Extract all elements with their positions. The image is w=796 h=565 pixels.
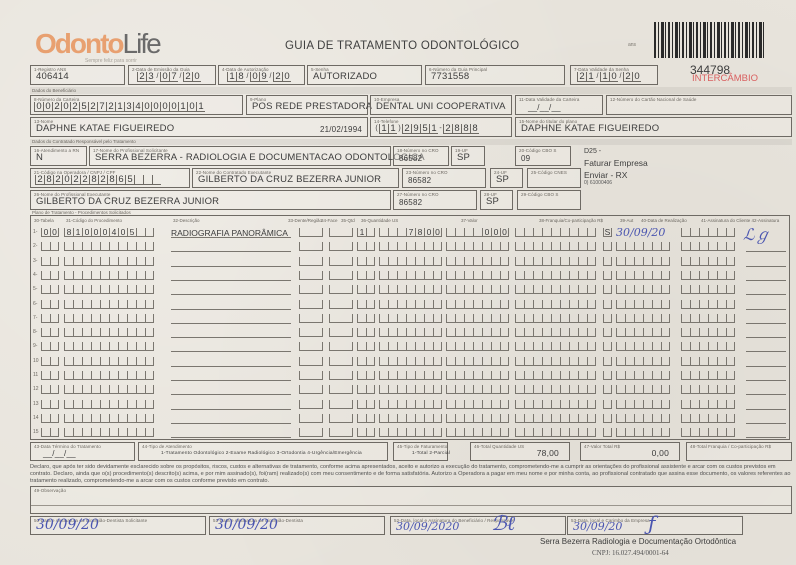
row-number: 6-	[33, 301, 37, 307]
row-number: 11	[33, 372, 38, 378]
signature-line[interactable]	[746, 300, 786, 310]
header-tabela: 30-Tabela	[34, 218, 54, 223]
uf-1-field[interactable]: 19-UF SP	[451, 146, 485, 166]
row-number: 4-	[33, 272, 37, 278]
field-label: 29-Código CBO S	[521, 192, 559, 197]
total-us-field[interactable]: 46-Total Quantidade US 78,00	[470, 442, 570, 461]
row-number: 10	[33, 358, 39, 364]
field-value: 86582	[399, 198, 422, 207]
field-value: DAPHNE KATAE FIGUEIREDO	[36, 123, 174, 134]
procedures-table: 30-Tabela 31-Código do Procedimento 32-D…	[30, 215, 790, 440]
signature-line[interactable]	[746, 257, 786, 267]
aut-cells[interactable]: S	[603, 228, 612, 237]
data-validade-carteira-field[interactable]: 11-Data Validade da Carteira __/__/__	[515, 95, 603, 115]
descricao-line[interactable]	[171, 385, 291, 395]
field-value: 0,00	[652, 448, 669, 458]
field-label: 49-Observação	[34, 488, 66, 493]
digit-boxes: 18/09/20	[227, 72, 291, 82]
signature-line[interactable]	[746, 371, 786, 381]
table-row[interactable]: 7-	[31, 312, 789, 325]
signature-line[interactable]	[746, 357, 786, 367]
dente-cells[interactable]	[299, 228, 323, 237]
section-beneficiario: Dados do Beneficiário	[32, 88, 76, 93]
table-row[interactable]: 10	[31, 355, 789, 368]
numero-cro-3-field[interactable]: 27-Número no CRO 86582	[393, 190, 477, 210]
table-row[interactable]: 5-	[31, 283, 789, 296]
descricao-line[interactable]	[171, 400, 291, 410]
telefone-field[interactable]: 14-Telefone (11)2951-2888	[370, 117, 512, 137]
table-row[interactable]: 8-	[31, 326, 789, 339]
header-dente: 33-Dente/Região	[288, 218, 322, 223]
data-validade-senha-field[interactable]: 7-Data Validade da Senha 21/10/20	[570, 65, 658, 85]
senha-field[interactable]: 5-Senha AUTORIZADO	[307, 65, 422, 85]
field-value: 406414	[36, 71, 69, 82]
table-row[interactable]: 4-	[31, 269, 789, 282]
tipo-atendimento-field[interactable]: 44-Tipo de Atendimento 1-Tratamento Odon…	[138, 442, 388, 461]
franquia-cells[interactable]	[515, 228, 596, 237]
section-contratado: Dados do Contratado Responsável pelo Tra…	[32, 139, 136, 144]
section-band	[30, 87, 792, 94]
field-label: 23-Número no CRO	[406, 170, 448, 175]
intercambio-badge: INTERCÂMBIO	[692, 73, 758, 84]
logo-main: Odonto	[35, 28, 123, 59]
header-face: 34-Face	[321, 218, 338, 223]
descricao-line[interactable]	[171, 342, 291, 352]
field-value: __/__/__	[528, 103, 561, 112]
signature-line[interactable]	[746, 414, 786, 424]
row-number: 3-	[33, 258, 37, 264]
handwritten-date: 30/09/20	[36, 517, 99, 533]
field-value: 7731558	[431, 71, 469, 82]
section-band	[30, 139, 792, 145]
signature-line[interactable]	[746, 385, 786, 395]
digit-boxes: 21/10/20	[577, 72, 641, 82]
numero-cro-1-field[interactable]: 18-Número no CRO 86582	[393, 146, 449, 166]
row-number: 13	[33, 401, 39, 407]
field-value: GILBERTO DA CRUZ BEZERRA JUNIOR	[36, 196, 219, 207]
field-value: AUTORIZADO	[313, 71, 377, 82]
uf-3-field[interactable]: 28-UF SP	[480, 190, 513, 210]
row-number: 15	[33, 429, 39, 435]
descricao-line[interactable]	[171, 257, 291, 267]
signature-line[interactable]	[746, 342, 786, 352]
empresa-signature: ƒ	[648, 511, 655, 535]
digit-boxes: 0020252721340000101	[34, 102, 205, 112]
profissional-executante-field[interactable]: 26-Nome do Profissional Executante GILBE…	[30, 190, 391, 210]
signature-solicitante-field[interactable]: 50-Data e Assinatura do Cirurgião-Dentis…	[30, 516, 206, 535]
field-value: 86582	[399, 154, 422, 163]
table-row[interactable]: 15	[31, 426, 789, 439]
table-row[interactable]: 1- 00 81000405 RADIOGRAFIA PANORÂMICA 1 …	[31, 226, 789, 239]
table-row[interactable]: 3-	[31, 255, 789, 268]
logo-sub: Life	[123, 28, 160, 59]
field-value: 86582	[408, 176, 431, 185]
row-number: 5-	[33, 286, 37, 292]
signature-line[interactable]	[746, 314, 786, 324]
digit-boxes: 23/07/20	[137, 72, 201, 82]
note-code: D25 -	[584, 148, 601, 155]
data-realizacao-handwritten[interactable]: 30/09/20	[616, 226, 665, 239]
odontolife-logo: OdontoLife	[35, 28, 160, 60]
header-data-realizacao: 40-Data de Realização	[641, 218, 687, 223]
tabela-cells[interactable]: 00	[41, 228, 59, 237]
row-number: 7-	[33, 315, 37, 321]
field-value: DAPHNE KATAE FIGUEIREDO	[521, 123, 659, 134]
table-row[interactable]: 12	[31, 383, 789, 396]
atendimento-rn-field[interactable]: 16-Atendimento a RN N	[30, 146, 87, 166]
barcode-icon	[654, 22, 766, 58]
data-autorizacao-field[interactable]: 4-Data de Autorização 18/09/20	[218, 65, 305, 85]
nome-contratado-field[interactable]: 22-Nome do Contratado Executante GILBERT…	[192, 168, 399, 188]
descricao-line[interactable]	[171, 271, 291, 281]
registro-ans-field[interactable]: 1-Registro ANS 406414	[30, 65, 125, 85]
table-row[interactable]: 2-	[31, 240, 789, 253]
observacao-field[interactable]: 49-Observação	[30, 486, 792, 514]
signature-line[interactable]	[746, 400, 786, 410]
nome-field[interactable]: 13-Nome DAPHNE KATAE FIGUEIREDO 21/02/19…	[30, 117, 368, 137]
field-label: 27-Número no CRO	[397, 192, 439, 197]
birth-date: 21/02/1994	[320, 125, 362, 134]
descricao-line[interactable]: RADIOGRAFIA PANORÂMICA	[171, 228, 291, 238]
field-label: 18-Número no CRO	[397, 148, 439, 153]
descricao-line[interactable]	[171, 328, 291, 338]
header-descricao: 32-Descrição	[173, 218, 200, 223]
field-value: DENTAL UNI COOPERATIVA	[376, 101, 506, 112]
digit-boxes: 28202282865	[35, 175, 161, 185]
row-number: 12	[33, 386, 39, 392]
data-termino-field[interactable]: 43-Data Término do Tratamento __/__/__	[30, 442, 135, 461]
field-value: SERRA BEZERRA - RADIOLOGIA E DOCUMENTACA…	[95, 152, 425, 163]
numero-cro-2-field[interactable]: 23-Número no CRO 86582	[402, 168, 486, 188]
codigo-cbos-3-field[interactable]: 29-Código CBO S	[517, 190, 581, 210]
face-cells[interactable]	[329, 228, 353, 237]
signature-line[interactable]	[746, 328, 786, 338]
note-code-2: 0) 61000406	[584, 180, 612, 186]
descricao-line[interactable]	[171, 428, 291, 438]
data-emissao-field[interactable]: 2-Data de Emissão da Guia 23/07/20	[128, 65, 216, 85]
cartao-nacional-field[interactable]: 12-Número do Cartão Nacional de Saúde	[606, 95, 792, 115]
descricao-line[interactable]	[171, 371, 291, 381]
signature-empresa-field[interactable]: 53-Data, local e Carimbo da Empresa 30/0…	[567, 516, 743, 535]
note-faturar: Faturar Empresa	[584, 158, 648, 168]
field-options: 1-Total 2-Parcial	[412, 451, 450, 456]
field-label: 44-Tipo de Atendimento	[142, 444, 192, 449]
header-qtd-us: 36-Quantidade US	[361, 218, 398, 223]
observacao-line	[31, 505, 791, 506]
field-value: GILBERTO DA CRUZ BEZERRA JUNIOR	[198, 174, 381, 185]
guide-paper: OdontoLife Sempre feliz para sorrir GUIA…	[0, 0, 796, 565]
digit-boxes: (11)2951-2888	[374, 124, 479, 134]
header-aut: 39-Aut	[620, 218, 633, 223]
row-number: 2-	[33, 243, 37, 249]
table-row[interactable]: 9-	[31, 340, 789, 353]
field-label: 48-Total Franquia / Co-participação R$	[690, 444, 771, 449]
table-row[interactable]: 11	[31, 369, 789, 382]
numero-guia-principal-field[interactable]: 6-Número da Guia Principal 7731558	[425, 65, 565, 85]
field-label: 11-Data Validade da Carteira	[519, 97, 579, 102]
codigo-operadora-field[interactable]: 21-Código na Operadora / CNPJ / CPF 2820…	[30, 168, 190, 188]
field-value: 78,00	[537, 448, 559, 458]
row-number: 14	[33, 415, 39, 421]
uf-2-field[interactable]: 24-UF SP	[490, 168, 523, 188]
signature-dentista-field[interactable]: 51-Data e Assinatura do Cirurgião-Dentis…	[209, 516, 385, 535]
valor-total-field[interactable]: 47-Valor Total R$ 0,00	[580, 442, 680, 461]
row-number: 9-	[33, 343, 37, 349]
header-qtd: 35-Qtd	[341, 218, 355, 223]
field-label: 46-Total Quantidade US	[474, 444, 524, 449]
table-row[interactable]: 14	[31, 412, 789, 425]
field-value: __/__/__	[43, 449, 76, 458]
signature-line[interactable]	[746, 285, 786, 295]
row-number: 1-	[33, 229, 37, 235]
assinatura-cells[interactable]	[681, 228, 735, 237]
stamp-name: Serra Bezerra Radiologia e Documentação …	[540, 537, 736, 546]
stamp-cnpj: CNPJ: 16.027.494/0001-64	[592, 549, 669, 557]
field-value: SP	[496, 174, 509, 185]
declaration-text: Declaro, que após ter sido devidamente e…	[30, 464, 792, 485]
table-row[interactable]: 6-	[31, 298, 789, 311]
signature-line[interactable]	[746, 271, 786, 281]
small-code: ans	[628, 42, 636, 48]
handwritten-date: 30/09/2020	[396, 520, 459, 533]
field-value: SP	[486, 196, 499, 207]
handwritten-date: 30/09/20	[215, 517, 278, 533]
field-options: 1-Tratamento Odontológico 2-Exame Radiol…	[161, 451, 362, 456]
valor-cells[interactable]: 000	[446, 228, 509, 237]
descricao-line[interactable]	[171, 300, 291, 310]
logo-tagline: Sempre feliz para sorrir	[85, 58, 137, 64]
qtd-us-cells[interactable]: 7800	[379, 228, 442, 237]
nome-titular-field[interactable]: 15-Nome do titular do plano DAPHNE KATAE…	[515, 117, 792, 137]
header-valor: 37-Valor	[461, 218, 478, 223]
field-value: SP	[457, 152, 470, 163]
descricao-line[interactable]	[171, 242, 291, 252]
plano-field[interactable]: 9-Plano POS REDE PRESTADORA	[246, 95, 368, 115]
descricao-line[interactable]	[171, 314, 291, 324]
total-franquia-field[interactable]: 48-Total Franquia / Co-participação R$	[686, 442, 792, 461]
codigo-cbos-1-field[interactable]: 20-Código CBO S 09	[515, 146, 571, 166]
signature-line[interactable]	[746, 428, 786, 438]
field-value: N	[36, 152, 43, 163]
field-value: POS REDE PRESTADORA	[252, 101, 372, 112]
field-label: 47-Valor Total R$	[584, 444, 620, 449]
descricao-line[interactable]	[171, 357, 291, 367]
codigo-cnes-field[interactable]: 25-Código CNES	[527, 168, 581, 188]
table-row[interactable]: 13	[31, 398, 789, 411]
codigo-cells[interactable]: 81000405	[64, 228, 154, 237]
row-number: 8-	[33, 329, 37, 335]
qtd-cells[interactable]: 1	[357, 228, 375, 237]
field-value: 09	[521, 154, 530, 163]
field-label: 25-Código CNES	[531, 170, 567, 175]
note-enviar: Enviar - RX	[584, 170, 627, 180]
field-label: 20-Código CBO S	[519, 148, 557, 153]
field-label: 45-Tipo de Faturamento	[397, 444, 447, 449]
tipo-faturamento-field[interactable]: 45-Tipo de Faturamento 1-Total 2-Parcial	[393, 442, 448, 461]
page-title: GUIA DE TRATAMENTO ODONTOLÓGICO	[285, 40, 519, 52]
numero-carteira-field[interactable]: 8-Número da Carteira 0020252721340000101	[30, 95, 243, 115]
empresa-field[interactable]: 10-Empresa DENTAL UNI COOPERATIVA	[370, 95, 512, 115]
profissional-solicitante-field[interactable]: 17-Nome do Profissional Solicitante SERR…	[89, 146, 391, 166]
descricao-line[interactable]	[171, 285, 291, 295]
header-codigo: 31-Código do Procedimento	[66, 218, 122, 223]
field-label: 12-Número do Cartão Nacional de Saúde	[610, 97, 697, 102]
signature-beneficiario-field[interactable]: 52-Data, local e Assinatura do Beneficiá…	[390, 516, 566, 535]
descricao-line[interactable]	[171, 414, 291, 424]
header-franquia: 38-Franquia/Co-participação R$	[539, 218, 603, 223]
beneficiario-signature: ℬℓ	[491, 511, 515, 536]
signature-line[interactable]	[746, 242, 786, 252]
handwritten-date: 30/09/20	[573, 520, 622, 533]
